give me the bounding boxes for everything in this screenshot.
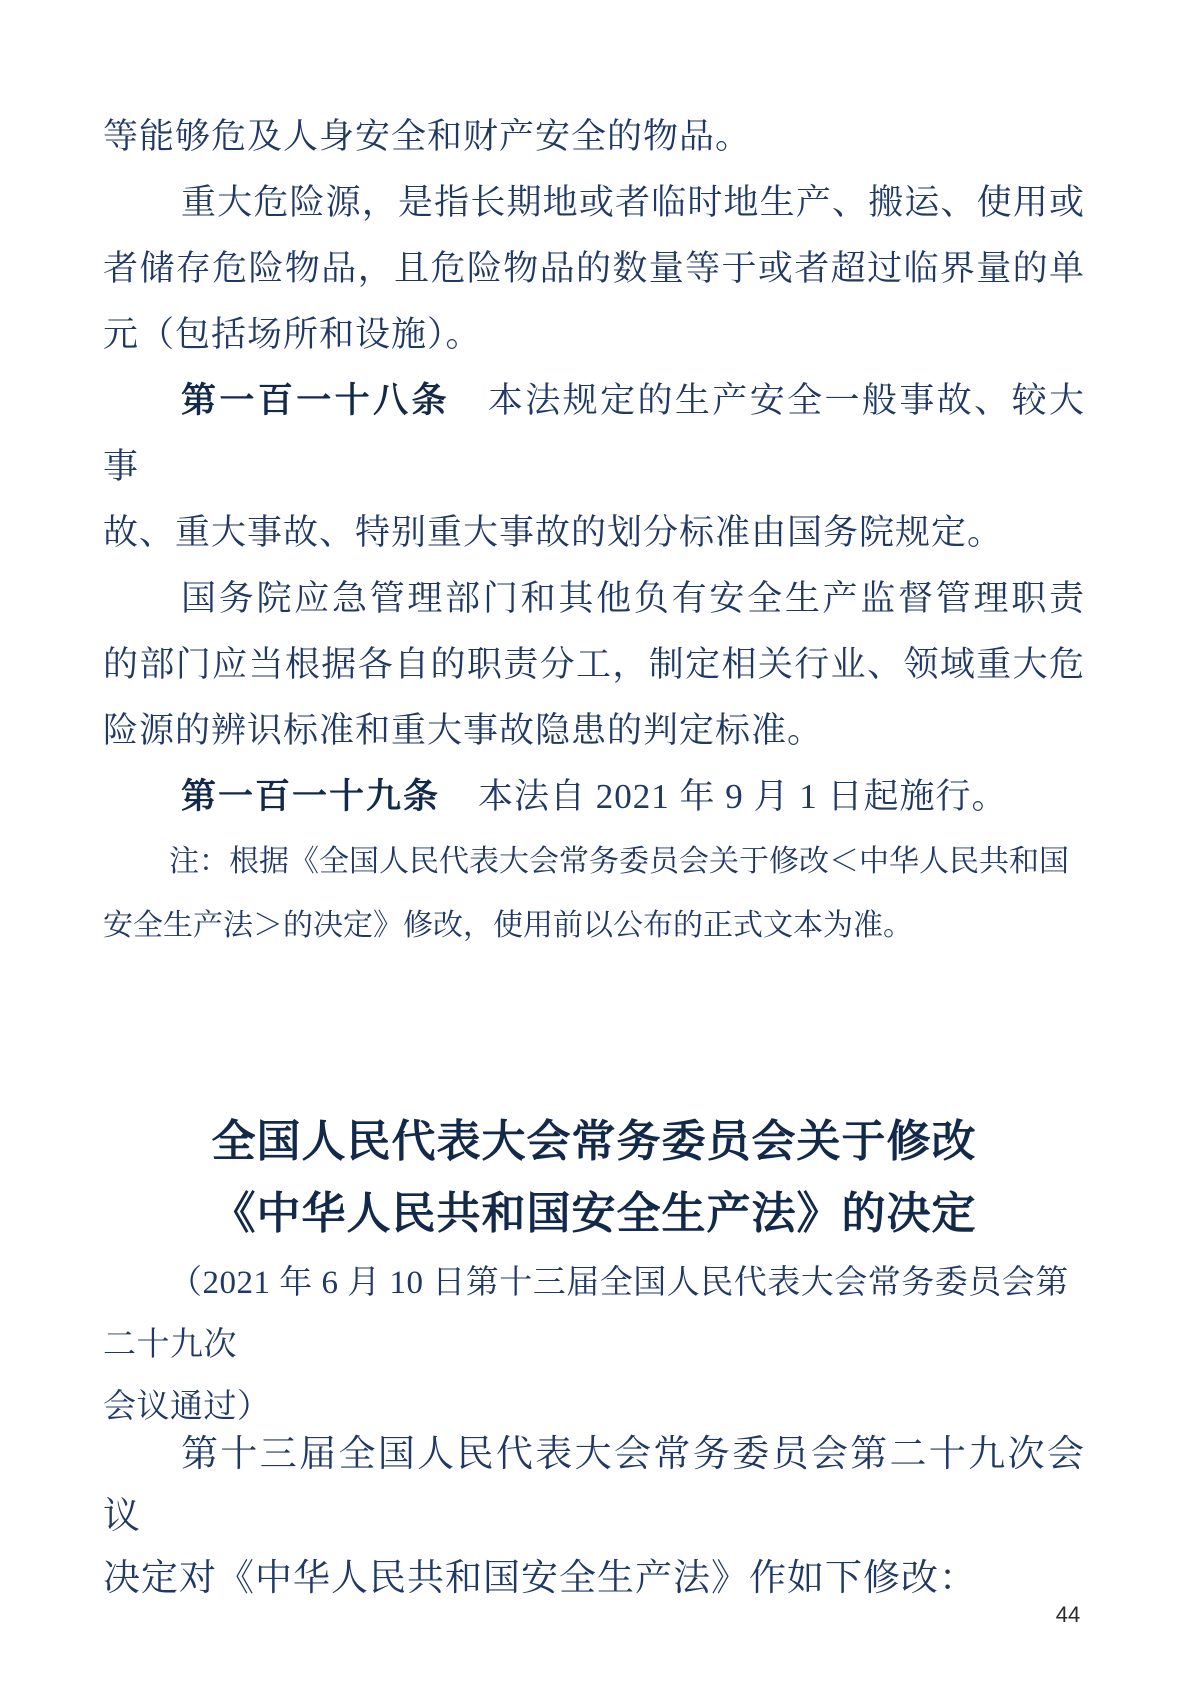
body-line: 的部门应当根据各自的职责分工，制定相关行业、领域重大危: [103, 632, 1085, 698]
editorial-note-line: 注：根据《全国人民代表大会常务委员会关于修改＜中华人民共和国: [103, 830, 1085, 894]
document-page: 等能够危及人身安全和财产安全的物品。 重大危险源，是指长期地或者临时地生产、搬运…: [0, 0, 1190, 1683]
body-line: 等能够危及人身安全和财产安全的物品。: [103, 104, 1085, 170]
body-line: 第十三届全国人民代表大会常务委员会第二十九次会议: [103, 1424, 1085, 1548]
title-line: 《中华人民共和国安全生产法》的决定: [103, 1178, 1085, 1250]
body-line: 决定对《中华人民共和国安全生产法》作如下修改：: [103, 1548, 1085, 1610]
article-text: 本法自 2021 年 9 月 1 日起施行。: [478, 777, 1008, 816]
body-line: 险源的辨识标准和重大事故隐患的判定标准。: [103, 698, 1085, 764]
adoption-note-line: （2021 年 6 月 10 日第十三届全国人民代表大会常务委员会第二十九次: [103, 1252, 1085, 1376]
article-number: 第一百一十九条: [181, 777, 440, 816]
title-line: 全国人民代表大会常务委员会关于修改: [103, 1106, 1085, 1178]
body-line: 者储存危险物品，且危险物品的数量等于或者超过临界量的单: [103, 236, 1085, 302]
decision-title: 全国人民代表大会常务委员会关于修改 《中华人民共和国安全生产法》的决定: [103, 1106, 1085, 1250]
body-line: 第一百一十八条本法规定的生产安全一般事故、较大事: [103, 368, 1085, 500]
body-line: 元（包括场所和设施）。: [103, 302, 1085, 368]
article-number: 第一百一十八条: [181, 381, 450, 420]
decision-paragraph: 第十三届全国人民代表大会常务委员会第二十九次会议 决定对《中华人民共和国安全生产…: [103, 1424, 1085, 1610]
body-line: 重大危险源，是指长期地或者临时地生产、搬运、使用或: [103, 170, 1085, 236]
body-line: 第一百一十九条本法自 2021 年 9 月 1 日起施行。: [103, 764, 1085, 830]
editorial-note-line: 安全生产法＞的决定》修改，使用前以公布的正式文本为准。: [103, 894, 1085, 958]
adoption-note: （2021 年 6 月 10 日第十三届全国人民代表大会常务委员会第二十九次 会…: [103, 1252, 1085, 1438]
law-final-articles-section: 等能够危及人身安全和财产安全的物品。 重大危险源，是指长期地或者临时地生产、搬运…: [103, 104, 1085, 958]
body-line: 国务院应急管理部门和其他负有安全生产监督管理职责: [103, 566, 1085, 632]
page-number: 44: [1046, 1602, 1090, 1628]
body-line: 故、重大事故、特别重大事故的划分标准由国务院规定。: [103, 500, 1085, 566]
